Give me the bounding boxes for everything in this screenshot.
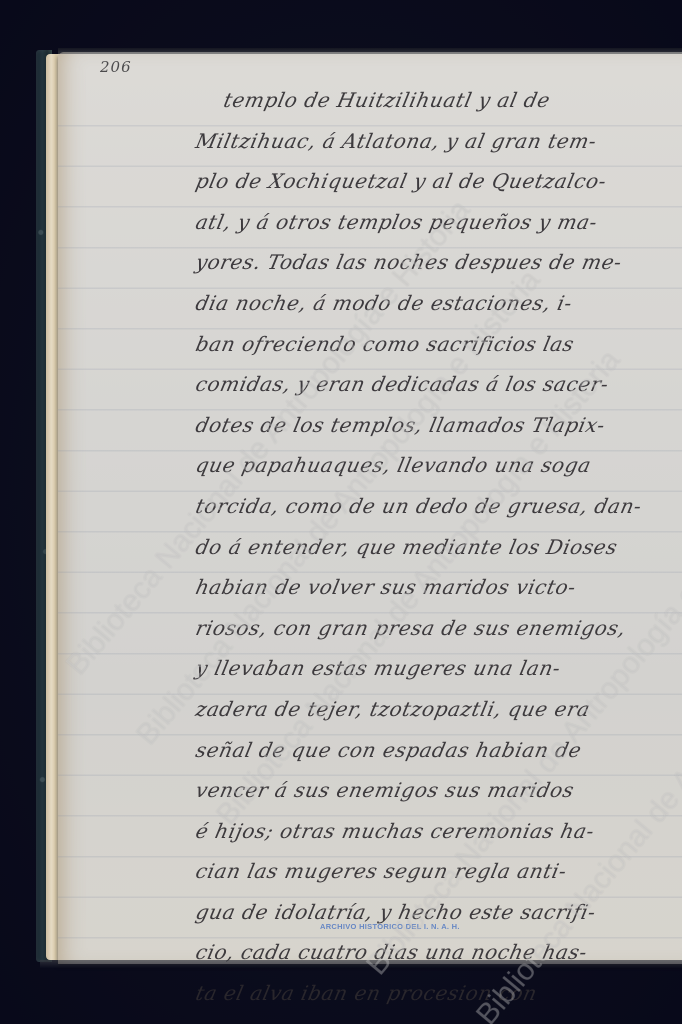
text-line: yores. Todas las noches despues de me- (192, 242, 651, 283)
text-line: y llevaban estas mugeres una lan- (192, 648, 651, 689)
text-line: templo de Huitzilihuatl y al de (192, 80, 651, 121)
text-line: do á entender, que mediante los Dioses (192, 527, 651, 568)
text-line: atl, y á otros templos pequeños y ma- (192, 202, 651, 243)
page-bottom-shadow (40, 960, 682, 968)
text-line: dia noche, á modo de estaciones, i- (192, 283, 651, 324)
text-line: riosos, con gran presa de sus enemigos, (192, 608, 651, 649)
archive-stamp: ARCHIVO HISTORICO DEL I. N. A. H. (320, 922, 460, 931)
manuscript-page: 206 templo de Huitzilihuatl y al de Milt… (58, 52, 682, 964)
text-line: habian de volver sus maridos victo- (192, 567, 651, 608)
text-line: vencer á sus enemigos sus maridos (192, 770, 651, 811)
text-line: dotes de los templos, llamados Tlapix- (192, 405, 651, 446)
text-line: Miltzihuac, á Atlatona, y al gran tem- (192, 121, 651, 162)
text-line: ta el alva iban en procesion con (192, 973, 651, 1014)
text-line: torcida, como de un dedo de gruesa, dan- (192, 486, 651, 527)
scan-scene: 206 templo de Huitzilihuatl y al de Milt… (0, 0, 682, 1024)
text-line: que papahuaques, llevando una soga (192, 445, 651, 486)
text-line: plo de Xochiquetzal y al de Quetzalco- (192, 161, 651, 202)
text-line: ban ofreciendo como sacrificios las (192, 324, 651, 365)
text-line: é hijos; otras muchas ceremonias ha- (192, 811, 651, 852)
handwritten-text: templo de Huitzilihuatl y al de Miltzihu… (196, 80, 646, 1014)
page-number: 206 (100, 58, 132, 76)
text-line: cian las mugeres segun regla anti- (192, 851, 651, 892)
text-line: comidas, y eran dedicadas á los sacer- (192, 364, 651, 405)
text-line: zadera de tejer, tzotzopaztli, que era (192, 689, 651, 730)
text-line: señal de que con espadas habian de (192, 730, 651, 771)
